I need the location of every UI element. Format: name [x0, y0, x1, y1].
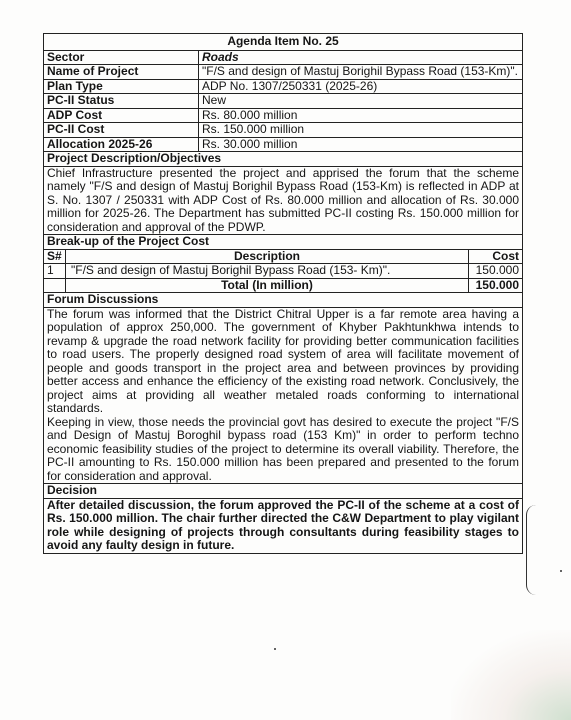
- description-paragraph: Chief Infrastructure presented the proje…: [47, 167, 519, 235]
- total-label: Total (In million): [66, 279, 469, 293]
- cost-table-total-row: Total (In million) 150.000: [44, 279, 522, 293]
- field-value: Rs. 80.000 million: [199, 109, 522, 123]
- scan-speck: [274, 648, 276, 650]
- field-label: ADP Cost: [44, 109, 199, 123]
- cell-cost: 150.000: [469, 264, 522, 278]
- cell-description: "F/S and design of Mastuj Borighil Bypas…: [66, 264, 469, 278]
- field-label: Plan Type: [44, 80, 199, 94]
- field-pc2-status: PC-II Status New: [44, 94, 522, 109]
- description-text: Chief Infrastructure presented the proje…: [44, 167, 522, 236]
- field-label: Sector: [44, 51, 199, 65]
- handwritten-margin-mark: [526, 505, 539, 595]
- field-pc2-cost: PC-II Cost Rs. 150.000 million: [44, 123, 522, 138]
- field-label: Name of Project: [44, 65, 199, 79]
- decision-text: After detailed discussion, the forum app…: [44, 499, 522, 553]
- cell-sn: 1: [44, 264, 66, 278]
- field-value: ADP No. 1307/250331 (2025-26): [199, 80, 522, 94]
- decision-paragraph: After detailed discussion, the forum app…: [47, 499, 519, 553]
- agenda-title: Agenda Item No. 25: [44, 34, 522, 51]
- discussion-text: The forum was informed that the District…: [44, 308, 522, 485]
- field-allocation: Allocation 2025-26 Rs. 30.000 million: [44, 138, 522, 153]
- field-value: Roads: [199, 51, 522, 65]
- field-value: "F/S and design of Mastuj Borighil Bypas…: [199, 65, 522, 79]
- cost-table-header: S# Description Cost: [44, 250, 522, 265]
- cost-breakup-table: S# Description Cost 1 "F/S and design of…: [44, 250, 522, 294]
- field-label: PC-II Status: [44, 94, 199, 108]
- field-plan-type: Plan Type ADP No. 1307/250331 (2025-26): [44, 80, 522, 95]
- breakup-heading: Break-up of the Project Cost: [44, 235, 522, 250]
- scan-edge-shadow: [451, 630, 571, 720]
- cell-empty: [44, 279, 66, 293]
- col-header-sn: S#: [44, 250, 66, 264]
- field-adp-cost: ADP Cost Rs. 80.000 million: [44, 109, 522, 124]
- field-sector: Sector Roads: [44, 51, 522, 66]
- col-header-description: Description: [66, 250, 469, 264]
- agenda-document: Agenda Item No. 25 Sector Roads Name of …: [43, 33, 523, 554]
- scan-speck: [560, 570, 562, 572]
- table-row: 1 "F/S and design of Mastuj Borighil Byp…: [44, 264, 522, 279]
- discussion-paragraph: Keeping in view, those needs the provinc…: [47, 416, 519, 484]
- total-value: 150.000: [469, 279, 522, 293]
- field-project-name: Name of Project "F/S and design of Mastu…: [44, 65, 522, 80]
- decision-heading: Decision: [44, 484, 522, 499]
- field-value: New: [199, 94, 522, 108]
- field-label: Allocation 2025-26: [44, 138, 199, 152]
- field-label: PC-II Cost: [44, 123, 199, 137]
- discussion-paragraph: The forum was informed that the District…: [47, 308, 519, 416]
- col-header-cost: Cost: [469, 250, 522, 264]
- field-value: Rs. 150.000 million: [199, 123, 522, 137]
- discussion-heading: Forum Discussions: [44, 293, 522, 308]
- description-heading: Project Description/Objectives: [44, 152, 522, 167]
- field-value: Rs. 30.000 million: [199, 138, 522, 152]
